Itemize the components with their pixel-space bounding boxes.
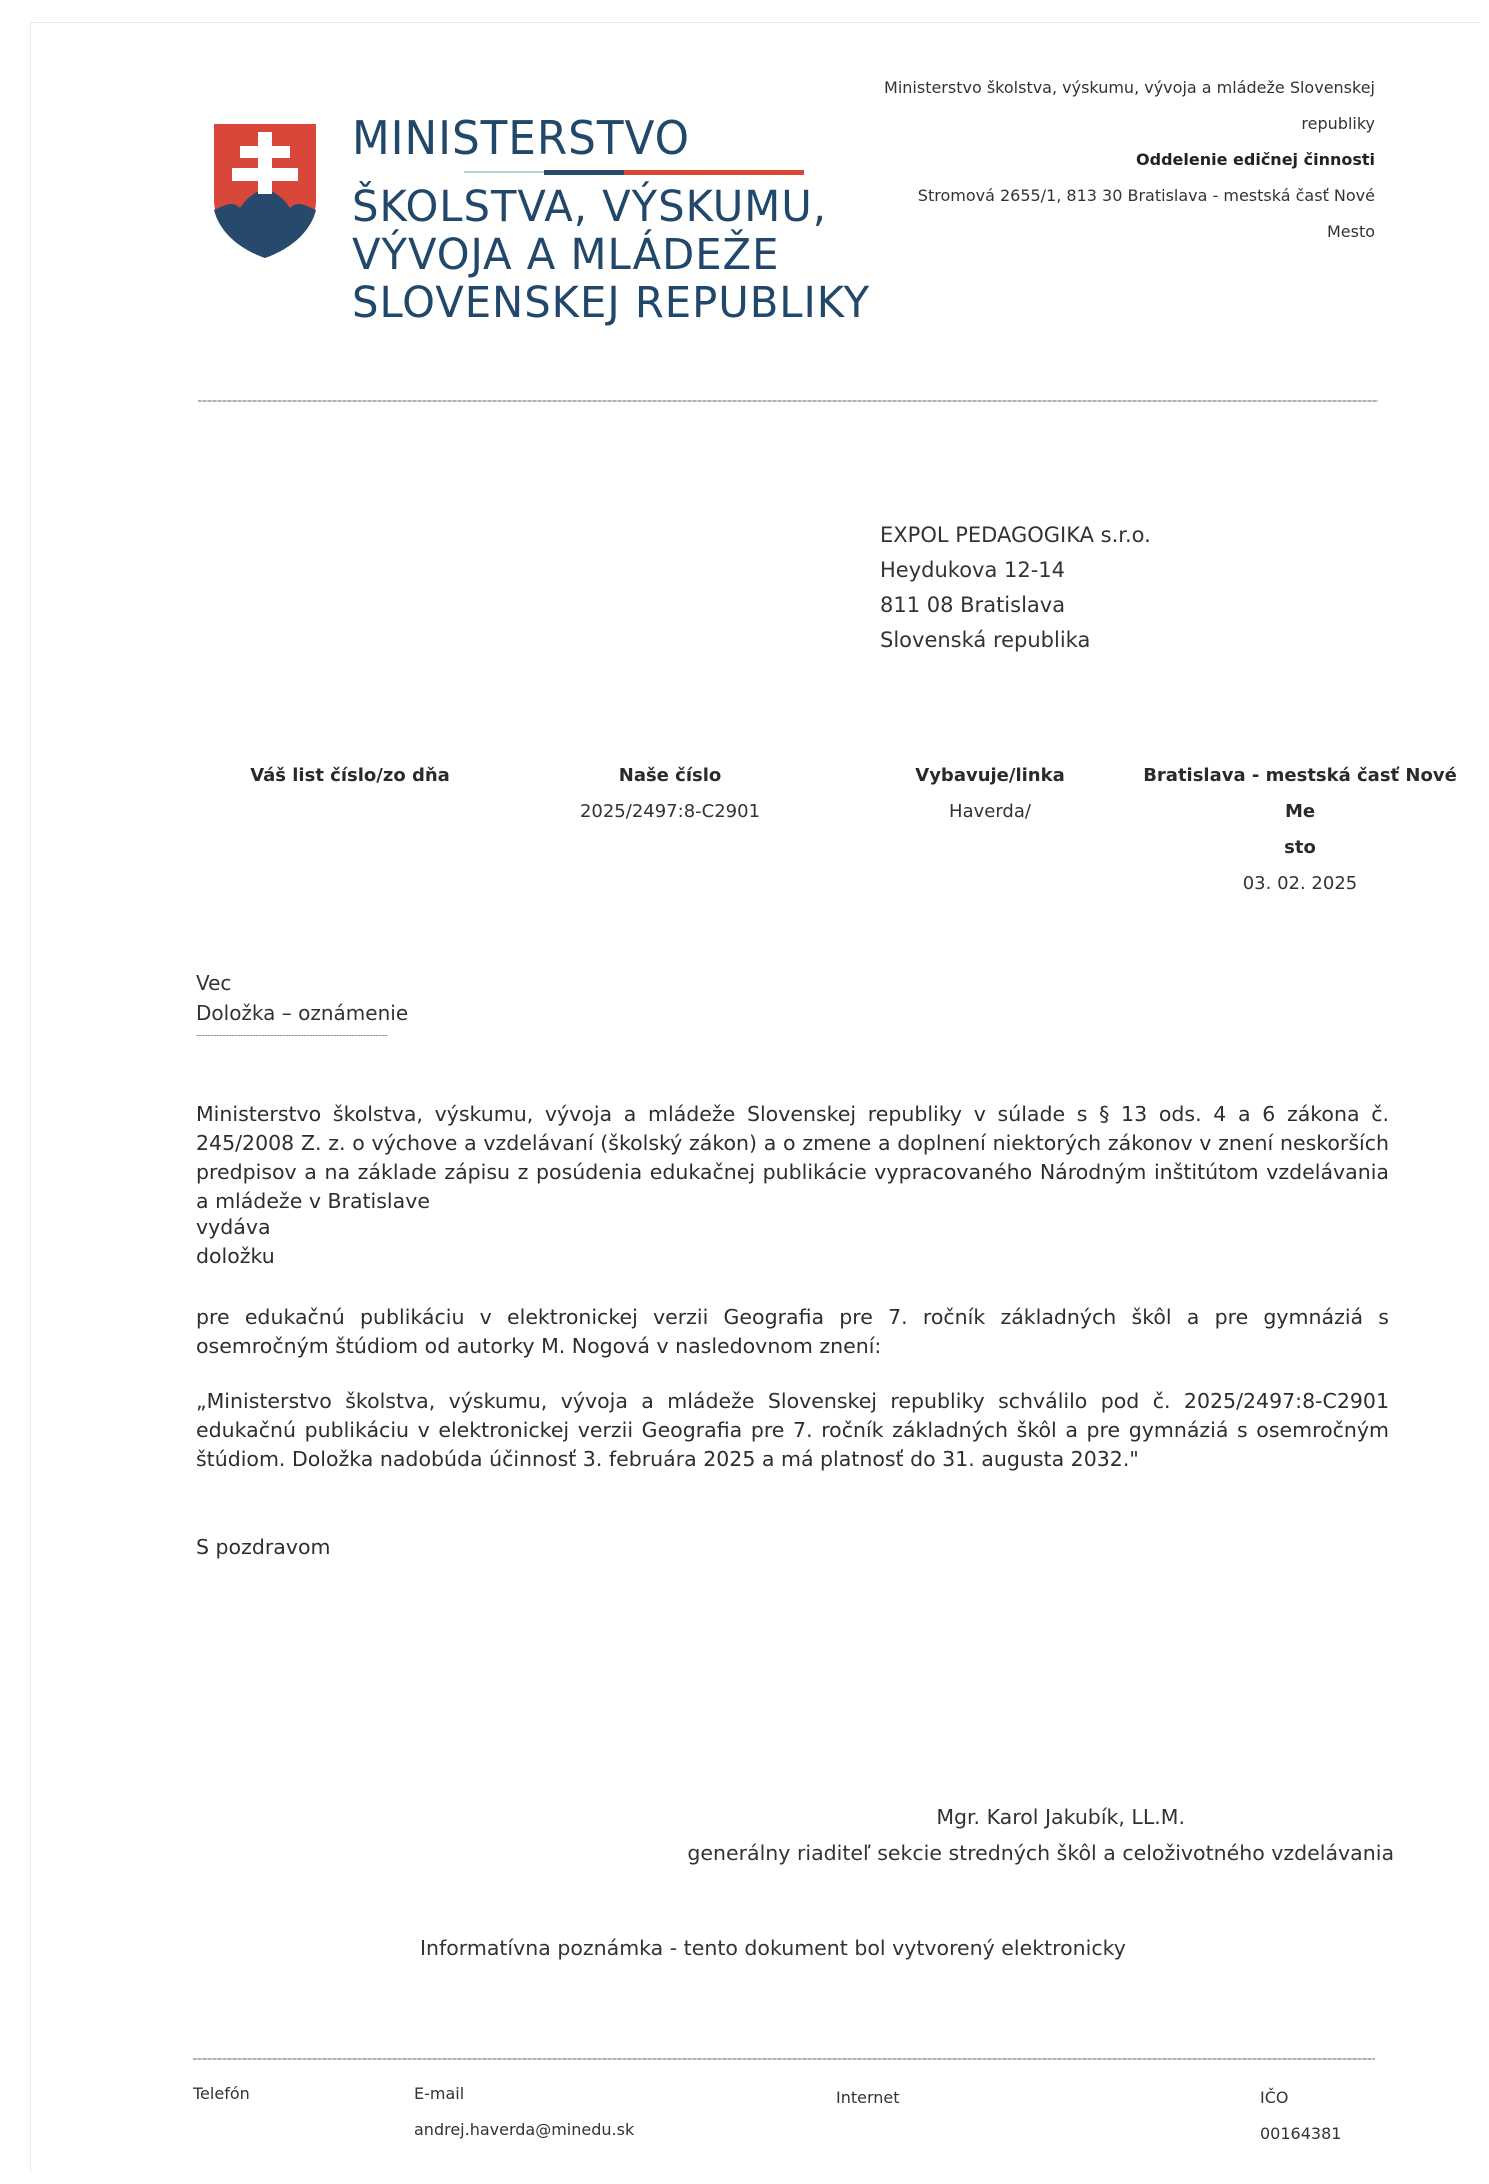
recipient-country: Slovenská republika bbox=[880, 623, 1151, 658]
subject-underline bbox=[196, 1035, 388, 1036]
subject-block: Vec Doložka – oznámenie bbox=[196, 968, 408, 1028]
footer-ico: IČO 00164381 bbox=[1260, 2080, 1341, 2152]
header-divider bbox=[198, 400, 1378, 402]
recipient-address: EXPOL PEDAGOGIKA s.r.o. Heydukova 12-14 … bbox=[880, 518, 1151, 658]
logo-tricolor-bar bbox=[464, 170, 804, 175]
sender-org: Ministerstvo školstva, výskumu, vývoja a… bbox=[884, 70, 1375, 106]
ministry-logo-text: MINISTERSTVO ŠKOLSTVA, VÝSKUMU, VÝVOJA A… bbox=[352, 112, 886, 327]
sender-address: Stromová 2655/1, 813 30 Bratislava - mes… bbox=[884, 178, 1375, 214]
place-label: Bratislava - mestská časť Nové Me bbox=[1135, 758, 1465, 830]
place-date-field: Bratislava - mestská časť Nové Me sto 03… bbox=[1135, 758, 1465, 902]
signatory-title: generálny riaditeľ sekcie stredných škôl… bbox=[687, 1838, 1394, 1868]
page-edge bbox=[30, 22, 1480, 23]
place-label: sto bbox=[1135, 830, 1465, 866]
recipient-street: Heydukova 12-14 bbox=[880, 553, 1151, 588]
informative-note: Informatívna poznámka - tento dokument b… bbox=[420, 1936, 1126, 1960]
logo-line: MINISTERSTVO bbox=[352, 112, 859, 164]
footer-email: E-mail andrej.haverda@minedu.sk bbox=[414, 2076, 634, 2148]
body-quote: „Ministerstvo školstva, výskumu, vývoja … bbox=[196, 1387, 1389, 1474]
email-label: E-mail bbox=[414, 2076, 634, 2112]
body-issues: vydáva bbox=[196, 1213, 271, 1242]
body-publication: pre edukačnú publikáciu v elektronickej … bbox=[196, 1303, 1389, 1361]
sender-address: Mesto bbox=[884, 214, 1375, 250]
internet-label: Internet bbox=[836, 2080, 900, 2116]
footer-internet: Internet bbox=[836, 2080, 900, 2116]
phone-label: Telefón bbox=[193, 2076, 250, 2112]
recipient-name: EXPOL PEDAGOGIKA s.r.o. bbox=[880, 518, 1151, 553]
your-letter-field: Váš list číslo/zo dňa bbox=[230, 758, 470, 794]
our-number-value: 2025/2497:8-C2901 bbox=[570, 794, 770, 830]
body-intro: Ministerstvo školstva, výskumu, vývoja a… bbox=[196, 1100, 1389, 1216]
footer-phone: Telefón bbox=[193, 2076, 250, 2112]
logo-line: VÝVOJA A MLÁDEŽE bbox=[352, 231, 870, 279]
letter-date: 03. 02. 2025 bbox=[1135, 866, 1465, 902]
handled-by-label: Vybavuje/linka bbox=[900, 758, 1080, 794]
closing: S pozdravom bbox=[196, 1533, 331, 1562]
recipient-city: 811 08 Bratislava bbox=[880, 588, 1151, 623]
sender-org: republiky bbox=[884, 106, 1375, 142]
sender-header: Ministerstvo školstva, výskumu, vývoja a… bbox=[884, 70, 1375, 250]
ico-label: IČO bbox=[1260, 2080, 1341, 2116]
our-number-label: Naše číslo bbox=[570, 758, 770, 794]
slovak-coat-of-arms-icon bbox=[210, 122, 320, 260]
subject-value: Doložka – oznámenie bbox=[196, 998, 408, 1028]
handled-by-value: Haverda/ bbox=[900, 794, 1080, 830]
body-clause: doložku bbox=[196, 1242, 275, 1271]
our-number-field: Naše číslo 2025/2497:8-C2901 bbox=[570, 758, 770, 830]
email-link[interactable]: andrej.haverda@minedu.sk bbox=[414, 2112, 634, 2148]
your-letter-label: Váš list číslo/zo dňa bbox=[230, 758, 470, 794]
logo-line: SLOVENSKEJ REPUBLIKY bbox=[352, 279, 870, 327]
page-edge bbox=[30, 22, 31, 2172]
logo-line: ŠKOLSTVA, VÝSKUMU, bbox=[352, 183, 870, 231]
signatory-name: Mgr. Karol Jakubík, LL.M. bbox=[936, 1802, 1185, 1832]
handled-by-field: Vybavuje/linka Haverda/ bbox=[900, 758, 1080, 830]
ico-value: 00164381 bbox=[1260, 2116, 1341, 2152]
subject-label: Vec bbox=[196, 968, 408, 998]
footer-divider bbox=[193, 2058, 1375, 2060]
sender-department: Oddelenie edičnej činnosti bbox=[884, 142, 1375, 178]
